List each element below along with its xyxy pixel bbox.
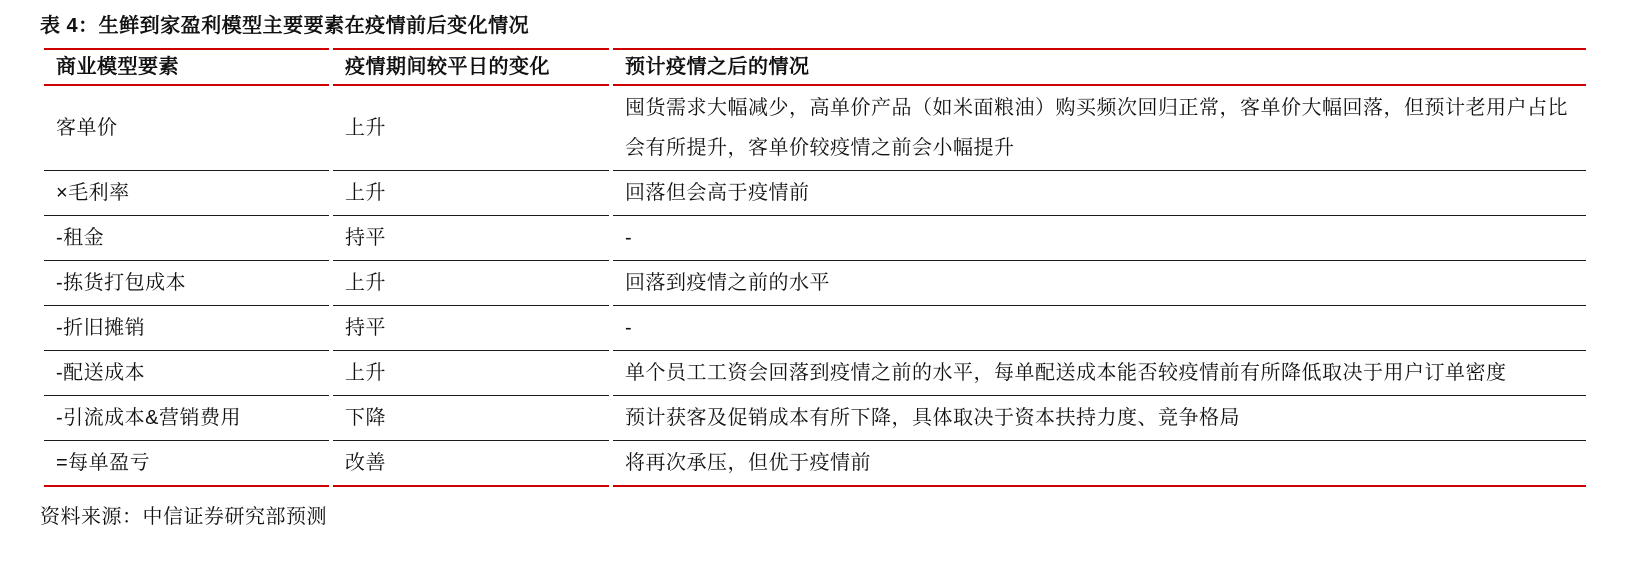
table-row: 客单价 上升 囤货需求大幅减少，高单价产品（如米面粮油）购买频次回归正常，客单价… [44, 86, 1586, 171]
cell-element: -拣货打包成本 [44, 261, 329, 306]
column-header-change: 疫情期间较平日的变化 [333, 48, 609, 86]
cell-element: -配送成本 [44, 351, 329, 396]
cell-change: 上升 [333, 261, 609, 306]
table-body: 客单价 上升 囤货需求大幅减少，高单价产品（如米面粮油）购买频次回归正常，客单价… [44, 86, 1586, 487]
cell-outlook: 回落但会高于疫情前 [613, 171, 1586, 216]
cell-outlook: 单个员工工资会回落到疫情之前的水平，每单配送成本能否较疫情前有所降低取决于用户订… [613, 351, 1586, 396]
cell-outlook: - [613, 216, 1586, 261]
profit-model-table: 商业模型要素 疫情期间较平日的变化 预计疫情之后的情况 客单价 上升 囤货需求大… [40, 48, 1590, 487]
cell-change: 上升 [333, 351, 609, 396]
table-row: -租金 持平 - [44, 216, 1586, 261]
table-row: ×毛利率 上升 回落但会高于疫情前 [44, 171, 1586, 216]
report-table-page: 表 4：生鲜到家盈利模型主要要素在疫情前后变化情况 商业模型要素 疫情期间较平日… [0, 0, 1634, 585]
table-header: 商业模型要素 疫情期间较平日的变化 预计疫情之后的情况 [44, 48, 1586, 86]
cell-change: 持平 [333, 306, 609, 351]
column-header-outlook: 预计疫情之后的情况 [613, 48, 1586, 86]
cell-change: 上升 [333, 171, 609, 216]
cell-outlook: 预计获客及促销成本有所下降，具体取决于资本扶持力度、竞争格局 [613, 396, 1586, 441]
cell-element: 客单价 [44, 86, 329, 171]
cell-element: -折旧摊销 [44, 306, 329, 351]
cell-outlook: 回落到疫情之前的水平 [613, 261, 1586, 306]
header-row: 商业模型要素 疫情期间较平日的变化 预计疫情之后的情况 [44, 48, 1586, 86]
source-note: 资料来源：中信证券研究部预测 [40, 500, 1634, 529]
column-header-element: 商业模型要素 [44, 48, 329, 86]
table-row: -引流成本&营销费用 下降 预计获客及促销成本有所下降，具体取决于资本扶持力度、… [44, 396, 1586, 441]
table-row: -拣货打包成本 上升 回落到疫情之前的水平 [44, 261, 1586, 306]
table-row: -折旧摊销 持平 - [44, 306, 1586, 351]
cell-outlook: - [613, 306, 1586, 351]
cell-element: ×毛利率 [44, 171, 329, 216]
table-row: =每单盈亏 改善 将再次承压，但优于疫情前 [44, 441, 1586, 487]
cell-element: -引流成本&营销费用 [44, 396, 329, 441]
cell-change: 下降 [333, 396, 609, 441]
cell-outlook: 将再次承压，但优于疫情前 [613, 441, 1586, 487]
cell-change: 持平 [333, 216, 609, 261]
cell-element: =每单盈亏 [44, 441, 329, 487]
cell-change: 改善 [333, 441, 609, 487]
table-row: -配送成本 上升 单个员工工资会回落到疫情之前的水平，每单配送成本能否较疫情前有… [44, 351, 1586, 396]
table-caption: 表 4：生鲜到家盈利模型主要要素在疫情前后变化情况 [0, 0, 1634, 38]
cell-element: -租金 [44, 216, 329, 261]
cell-outlook: 囤货需求大幅减少，高单价产品（如米面粮油）购买频次回归正常，客单价大幅回落，但预… [613, 86, 1586, 171]
cell-change: 上升 [333, 86, 609, 171]
